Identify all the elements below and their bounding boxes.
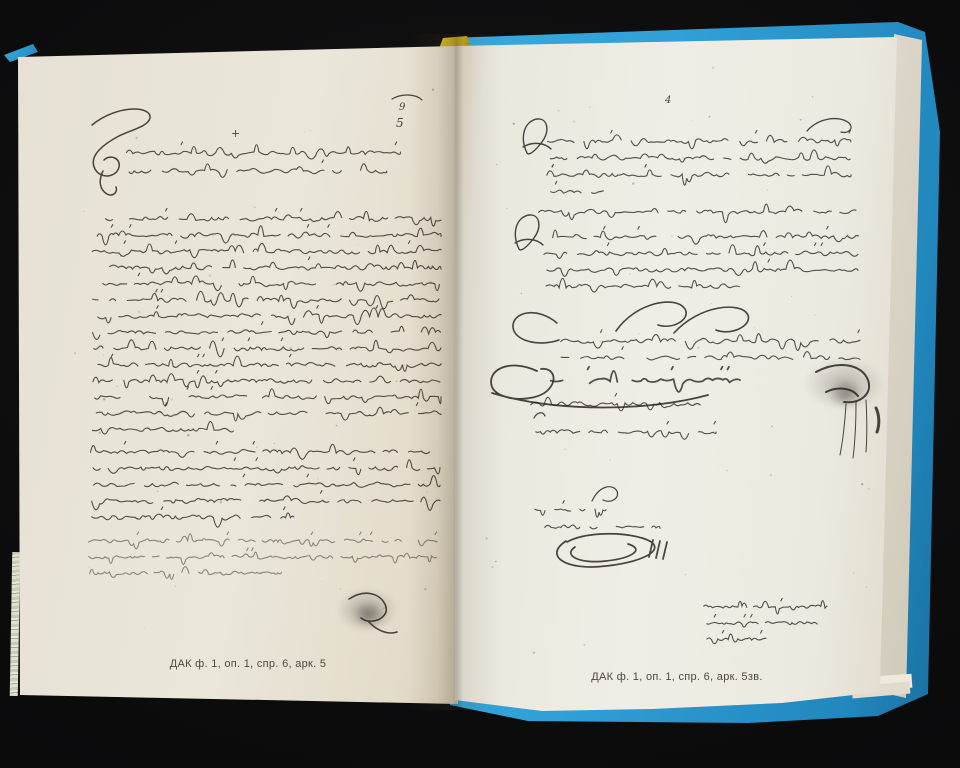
photo-scene: 95+4 ДАК ф. 1, оп. 1, спр. 6, арк. 5 ДАК… (0, 0, 960, 768)
archive-caption-left: ДАК ф. 1, оп. 1, спр. 6, арк. 5 (158, 658, 338, 670)
page-edge-mottled-sliver (10, 552, 21, 696)
ink-smudge-left (352, 602, 386, 628)
ink-smudge-right (828, 380, 864, 408)
archive-caption-right: ДАК ф. 1, оп. 1, спр. 6, арк. 5зв. (582, 671, 772, 683)
